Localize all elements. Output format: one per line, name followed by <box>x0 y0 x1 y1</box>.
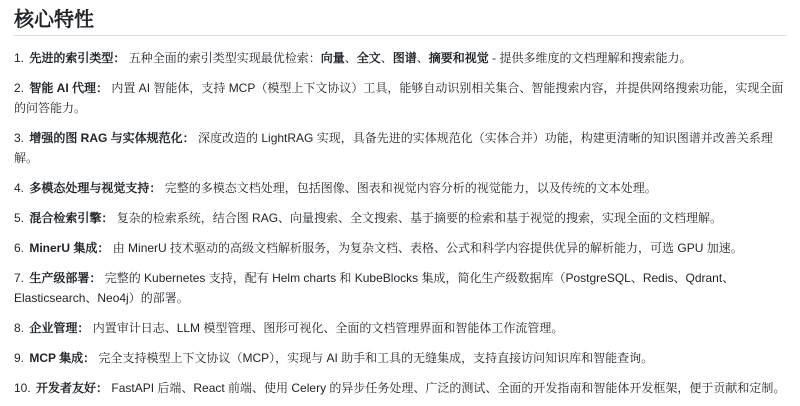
feature-list: 1. 先进的索引类型： 五种全面的索引类型实现最优检索：向量、全文、图谱、摘要和… <box>14 48 786 398</box>
feature-number: 6. <box>14 241 27 255</box>
feature-text: 内置 AI 智能体，支持 MCP（模型上下文协议）工具，能够自动识别相关集合、智… <box>14 81 783 115</box>
feature-item: 6. MinerU 集成： 由 MinerU 技术驱动的高级文档解析服务，为复杂… <box>14 238 786 258</box>
feature-text: - 提供多维度的文档理解和搜索能力。 <box>489 51 692 65</box>
feature-term: 摘要和视觉 <box>429 51 489 65</box>
feature-text: FastAPI 后端、React 前端、使用 Celery 的异步任务处理、广泛… <box>108 381 785 395</box>
feature-text: 内置审计日志、LLM 模型管理、图形可视化、全面的文档管理界面和智能体工作流管理… <box>89 321 563 335</box>
feature-number: 4. <box>14 181 27 195</box>
feature-item: 7. 生产级部署： 完整的 Kubernetes 支持，配有 Helm char… <box>14 268 786 308</box>
feature-text: 复杂的检索系统，结合图 RAG、向量搜索、全文搜索、基于摘要的检索和基于视觉的搜… <box>113 211 722 225</box>
feature-term: 向量 <box>321 51 345 65</box>
feature-text: 完全支持模型上下文协议（MCP），实现与 AI 助手和工具的无缝集成，支持直接访… <box>95 351 653 365</box>
feature-item: 4. 多模态处理与视觉支持： 完整的多模态文档处理，包括图像、图表和视觉内容分析… <box>14 178 786 198</box>
feature-text: 、 <box>417 51 429 65</box>
feature-number: 3. <box>14 131 27 145</box>
feature-item: 3. 增强的图 RAG 与实体规范化： 深度改造的 LightRAG 实现，具备… <box>14 128 786 168</box>
feature-text: 、 <box>345 51 357 65</box>
feature-text: 五种全面的索引类型实现最优检索： <box>125 51 320 65</box>
feature-term: 混合检索引擎： <box>29 211 113 225</box>
feature-term: 企业管理： <box>29 321 89 335</box>
feature-number: 9. <box>14 351 27 365</box>
feature-item: 1. 先进的索引类型： 五种全面的索引类型实现最优检索：向量、全文、图谱、摘要和… <box>14 48 786 68</box>
feature-term: MinerU 集成： <box>29 241 109 255</box>
feature-item: 2. 智能 AI 代理： 内置 AI 智能体，支持 MCP（模型上下文协议）工具… <box>14 78 786 118</box>
feature-text: 、 <box>381 51 393 65</box>
feature-text: 完整的多模态文档处理，包括图像、图表和视觉内容分析的视觉能力，以及传统的文本处理… <box>161 181 656 195</box>
feature-text: 由 MinerU 技术驱动的高级文档解析服务，为复杂文档、表格、公式和科学内容提… <box>109 241 742 255</box>
feature-term: 先进的索引类型： <box>29 51 125 65</box>
feature-term: 图谱 <box>393 51 417 65</box>
document-body: 核心特性 1. 先进的索引类型： 五种全面的索引类型实现最优检索：向量、全文、图… <box>0 0 800 398</box>
feature-item: 8. 企业管理： 内置审计日志、LLM 模型管理、图形可视化、全面的文档管理界面… <box>14 318 786 338</box>
feature-item: 9. MCP 集成： 完全支持模型上下文协议（MCP），实现与 AI 助手和工具… <box>14 348 786 368</box>
feature-item: 5. 混合检索引擎： 复杂的检索系统，结合图 RAG、向量搜索、全文搜索、基于摘… <box>14 208 786 228</box>
feature-term: 多模态处理与视觉支持： <box>29 181 161 195</box>
feature-term: 生产级部署： <box>29 271 101 285</box>
feature-number: 10. <box>14 381 34 395</box>
feature-term: 增强的图 RAG 与实体规范化： <box>29 131 194 145</box>
feature-term: 开发者友好： <box>36 381 108 395</box>
section-title: 核心特性 <box>14 9 786 36</box>
feature-text: 完整的 Kubernetes 支持，配有 Helm charts 和 KubeB… <box>14 271 734 305</box>
feature-term: 智能 AI 代理： <box>29 81 108 95</box>
feature-number: 5. <box>14 211 27 225</box>
feature-number: 1. <box>14 51 27 65</box>
feature-item: 10. 开发者友好： FastAPI 后端、React 前端、使用 Celery… <box>14 378 786 398</box>
feature-number: 2. <box>14 81 27 95</box>
feature-term: MCP 集成： <box>29 351 95 365</box>
feature-number: 8. <box>14 321 27 335</box>
feature-number: 7. <box>14 271 27 285</box>
feature-term: 全文 <box>357 51 381 65</box>
